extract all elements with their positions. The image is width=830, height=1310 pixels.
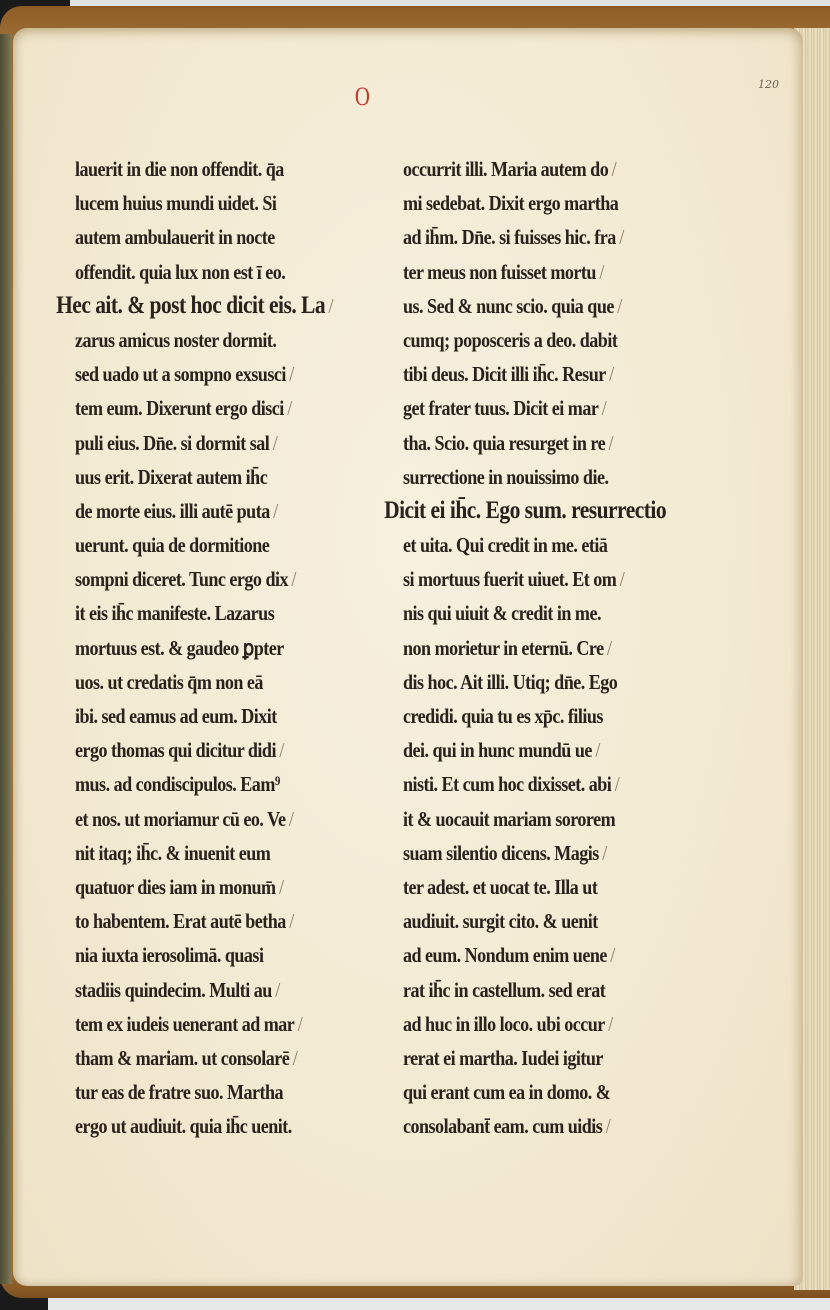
line-text: tem ex iudeis uenerant ad mar — [75, 1012, 294, 1036]
line-continuation-mark: / — [607, 636, 612, 660]
line-continuation-mark: / — [608, 1012, 613, 1036]
manuscript-line: nit itaq; ih̄c. & inuenit eum — [75, 836, 367, 870]
line-text: tham & mariam. ut consolarē — [75, 1046, 289, 1070]
manuscript-line: mi sedebat. Dixit ergo martha — [403, 186, 695, 220]
manuscript-line: zarus amicus noster dormit. — [75, 323, 367, 357]
manuscript-line: qui erant cum ea in domo. & — [403, 1075, 695, 1109]
line-text: tha. Scio. quia resurget in re — [403, 431, 605, 455]
manuscript-line: et nos. ut moriamur cū eo. Ve/ — [75, 802, 367, 836]
manuscript-line: ad huc in illo loco. ubi occur/ — [403, 1007, 695, 1041]
manuscript-line: Dicit ei ih̄c. Ego sum. resurrectio — [384, 494, 695, 528]
line-text: ibi. sed eamus ad eum. Dixit — [75, 704, 277, 728]
line-text: autem ambulauerit in nocte — [75, 225, 275, 249]
line-text: non morietur in eternū. Cre — [403, 636, 604, 660]
manuscript-line: it eis ih̄c manifeste. Lazarus — [75, 596, 367, 630]
manuscript-line: ter adest. et uocat te. Illa ut — [403, 870, 695, 904]
line-continuation-mark: / — [599, 260, 604, 284]
manuscript-line: ad eum. Nondum enim uene/ — [403, 938, 695, 972]
line-text: ter adest. et uocat te. Illa ut — [403, 875, 597, 899]
line-continuation-mark: / — [287, 396, 292, 420]
line-text: credidi. quia tu es xp̄c. filius — [403, 704, 603, 728]
line-text: ad huc in illo loco. ubi occur — [403, 1012, 605, 1036]
line-text: nit itaq; ih̄c. & inuenit eum — [75, 841, 270, 865]
line-continuation-mark: / — [279, 738, 284, 762]
manuscript-line: tham & mariam. ut consolarē/ — [75, 1041, 367, 1075]
line-text: et uita. Qui credit in me. etiā — [403, 533, 607, 557]
line-continuation-mark: / — [602, 841, 607, 865]
manuscript-line: uos. ut credatis q̄m non eā — [75, 665, 367, 699]
line-continuation-mark: / — [606, 1114, 611, 1138]
line-continuation-mark: / — [289, 362, 294, 386]
line-text: ergo ut audiuit. quia ih̄c uenit. — [75, 1114, 292, 1138]
manuscript-line: lauerit in die non offendit. q̄a — [75, 152, 367, 186]
line-continuation-mark: / — [610, 943, 615, 967]
manuscript-line: offendit. quia lux non est ī eo. — [75, 255, 367, 289]
line-text: stadiis quindecim. Multi au — [75, 978, 272, 1002]
line-continuation-mark: / — [279, 875, 284, 899]
line-continuation-mark: / — [289, 909, 294, 933]
line-text: uus erit. Dixerat autem ih̄c — [75, 465, 267, 489]
line-text: ad ih̄m. Dn̄e. si fuisses hic. fra — [403, 225, 616, 249]
manuscript-line: occurrit illi. Maria autem do/ — [403, 152, 695, 186]
manuscript-line: nia iuxta ierosolimā. quasi — [75, 938, 367, 972]
line-text: de morte eius. illi autē puta — [75, 499, 270, 523]
line-text: sed uado ut a sompno exsusci — [75, 362, 286, 386]
manuscript-line: ad ih̄m. Dn̄e. si fuisses hic. fra/ — [403, 220, 695, 254]
line-text: uos. ut credatis q̄m non eā — [75, 670, 263, 694]
line-text: si mortuus fuerit uiuet. Et om — [403, 567, 616, 591]
line-text: dei. qui in hunc mundū ue — [403, 738, 592, 762]
manuscript-line: lucem huius mundi uidet. Si — [75, 186, 367, 220]
line-text: lauerit in die non offendit. q̄a — [75, 157, 284, 181]
line-text: surrectione in nouissimo die. — [403, 465, 608, 489]
line-text: us. Sed & nunc scio. quia que — [403, 294, 614, 318]
manuscript-line: consolabant̄ eam. cum uidis/ — [403, 1109, 695, 1143]
folio-number: 120 — [758, 78, 779, 91]
text-column-right: occurrit illi. Maria autem do/mi sedebat… — [403, 152, 695, 1143]
line-continuation-mark: / — [273, 431, 278, 455]
line-continuation-mark: / — [620, 567, 625, 591]
line-text: Hec ait. & post hoc dicit eis. La — [56, 292, 325, 319]
book-spine-shadow — [0, 34, 12, 1284]
line-text: tur eas de fratre suo. Martha — [75, 1080, 283, 1104]
line-text: mi sedebat. Dixit ergo martha — [403, 191, 618, 215]
line-continuation-mark: / — [293, 1046, 298, 1070]
manuscript-line: tha. Scio. quia resurget in re/ — [403, 426, 695, 460]
line-text: to habentem. Erat autē betha — [75, 909, 286, 933]
manuscript-line: tibi deus. Dicit illi ih̄c. Resur/ — [403, 357, 695, 391]
line-continuation-mark: / — [619, 225, 624, 249]
line-continuation-mark: / — [615, 772, 620, 796]
line-text: qui erant cum ea in domo. & — [403, 1080, 610, 1104]
manuscript-line: dis hoc. Ait illi. Utiq; dn̄e. Ego — [403, 665, 695, 699]
line-text: cumq; poposceris a deo. dabit — [403, 328, 617, 352]
manuscript-line: get frater tuus. Dicit ei mar/ — [403, 391, 695, 425]
manuscript-line: audiuit. surgit cito. & uenit — [403, 904, 695, 938]
line-text: rat ih̄c in castellum. sed erat — [403, 978, 605, 1002]
manuscript-line: rat ih̄c in castellum. sed erat — [403, 973, 695, 1007]
manuscript-line: de morte eius. illi autē puta/ — [75, 494, 367, 528]
manuscript-line: mus. ad condiscipulos. Eam⁹ — [75, 767, 367, 801]
manuscript-line: sompni diceret. Tunc ergo dix/ — [75, 562, 367, 596]
line-text: it & uocauit mariam sororem — [403, 807, 615, 831]
manuscript-line: suam silentio dicens. Magis/ — [403, 836, 695, 870]
line-continuation-mark: / — [289, 807, 294, 831]
manuscript-line: ergo thomas qui dicitur didi/ — [75, 733, 367, 767]
manuscript-line: ergo ut audiuit. quia ih̄c uenit. — [75, 1109, 367, 1143]
manuscript-line: tem eum. Dixerunt ergo disci/ — [75, 391, 367, 425]
manuscript-line: non morietur in eternū. Cre/ — [403, 631, 695, 665]
manuscript-line: sed uado ut a sompno exsusci/ — [75, 357, 367, 391]
rubric-initial: O — [355, 84, 370, 110]
scan-background-bottom — [48, 1298, 830, 1310]
line-text: et nos. ut moriamur cū eo. Ve — [75, 807, 285, 831]
line-text: puli eius. Dn̄e. si dormit sal — [75, 431, 269, 455]
line-text: offendit. quia lux non est ī eo. — [75, 260, 285, 284]
manuscript-page: 120 O lauerit in die non offendit. q̄alu… — [13, 28, 803, 1286]
line-continuation-mark: / — [298, 1012, 303, 1036]
line-text: nis qui uiuit & credit in me. — [403, 601, 601, 625]
manuscript-line: autem ambulauerit in nocte — [75, 220, 367, 254]
manuscript-line: credidi. quia tu es xp̄c. filius — [403, 699, 695, 733]
line-text: sompni diceret. Tunc ergo dix — [75, 567, 288, 591]
line-text: mus. ad condiscipulos. Eam⁹ — [75, 772, 280, 796]
line-continuation-mark: / — [612, 157, 617, 181]
line-text: zarus amicus noster dormit. — [75, 328, 276, 352]
manuscript-line: cumq; poposceris a deo. dabit — [403, 323, 695, 357]
manuscript-line: mortuus est. & gaudeo ꝑpter — [75, 631, 367, 665]
line-text: tibi deus. Dicit illi ih̄c. Resur — [403, 362, 606, 386]
line-text: dis hoc. Ait illi. Utiq; dn̄e. Ego — [403, 670, 617, 694]
manuscript-line: nisti. Et cum hoc dixisset. abi/ — [403, 767, 695, 801]
line-text: Dicit ei ih̄c. Ego sum. resurrectio — [384, 497, 666, 524]
line-continuation-mark: / — [275, 978, 280, 1002]
line-text: ad eum. Nondum enim uene — [403, 943, 607, 967]
line-text: audiuit. surgit cito. & uenit — [403, 909, 598, 933]
line-text: ter meus non fuisset mortu — [403, 260, 596, 284]
line-continuation-mark: / — [617, 294, 622, 318]
manuscript-line: si mortuus fuerit uiuet. Et om/ — [403, 562, 695, 596]
line-continuation-mark: / — [273, 499, 278, 523]
line-text: quatuor dies iam in monum̄ — [75, 875, 276, 899]
manuscript-line: to habentem. Erat autē betha/ — [75, 904, 367, 938]
line-text: consolabant̄ eam. cum uidis — [403, 1114, 602, 1138]
line-text: suam silentio dicens. Magis — [403, 841, 599, 865]
manuscript-line: uerunt. quia de dormitione — [75, 528, 367, 562]
line-continuation-mark: / — [609, 362, 614, 386]
line-text: lucem huius mundi uidet. Si — [75, 191, 276, 215]
line-continuation-mark: / — [595, 738, 600, 762]
line-text: mortuus est. & gaudeo ꝑpter — [75, 636, 284, 660]
line-continuation-mark: / — [291, 567, 296, 591]
manuscript-line: surrectione in nouissimo die. — [403, 460, 695, 494]
text-column-left: lauerit in die non offendit. q̄alucem hu… — [75, 152, 367, 1143]
manuscript-line: puli eius. Dn̄e. si dormit sal/ — [75, 426, 367, 460]
manuscript-line: us. Sed & nunc scio. quia que/ — [403, 289, 695, 323]
line-continuation-mark: / — [329, 294, 334, 318]
manuscript-line: nis qui uiuit & credit in me. — [403, 596, 695, 630]
manuscript-line: et uita. Qui credit in me. etiā — [403, 528, 695, 562]
line-text: nisti. Et cum hoc dixisset. abi — [403, 772, 611, 796]
line-text: ergo thomas qui dicitur didi — [75, 738, 276, 762]
manuscript-line: dei. qui in hunc mundū ue/ — [403, 733, 695, 767]
manuscript-line: tem ex iudeis uenerant ad mar/ — [75, 1007, 367, 1041]
line-continuation-mark: / — [602, 396, 607, 420]
line-text: tem eum. Dixerunt ergo disci — [75, 396, 284, 420]
manuscript-line: it & uocauit mariam sororem — [403, 802, 695, 836]
line-text: it eis ih̄c manifeste. Lazarus — [75, 601, 274, 625]
manuscript-line: quatuor dies iam in monum̄/ — [75, 870, 367, 904]
line-continuation-mark: / — [609, 431, 614, 455]
manuscript-line: ibi. sed eamus ad eum. Dixit — [75, 699, 367, 733]
manuscript-line: stadiis quindecim. Multi au/ — [75, 973, 367, 1007]
line-text: uerunt. quia de dormitione — [75, 533, 269, 557]
line-text: nia iuxta ierosolimā. quasi — [75, 943, 263, 967]
line-text: get frater tuus. Dicit ei mar — [403, 396, 598, 420]
line-text: occurrit illi. Maria autem do — [403, 157, 608, 181]
line-text: rerat ei martha. Iudei igitur — [403, 1046, 603, 1070]
manuscript-line: Hec ait. & post hoc dicit eis. La/ — [56, 289, 367, 323]
manuscript-line: ter meus non fuisset mortu/ — [403, 255, 695, 289]
manuscript-line: tur eas de fratre suo. Martha — [75, 1075, 367, 1109]
manuscript-line: uus erit. Dixerat autem ih̄c — [75, 460, 367, 494]
manuscript-line: rerat ei martha. Iudei igitur — [403, 1041, 695, 1075]
